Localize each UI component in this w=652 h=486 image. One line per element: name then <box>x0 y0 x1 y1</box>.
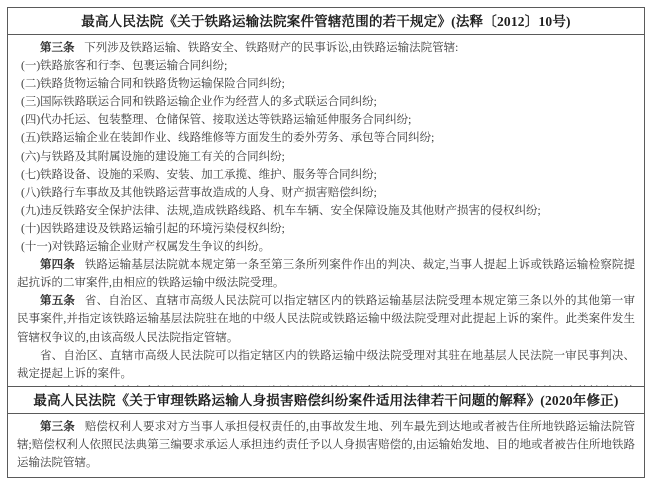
regulation-body-2: 第三条赔偿权利人要求对方当事人承担侵权责任的,由事故发生地、列车最先到达地或者被… <box>8 414 644 477</box>
list-item: (二)铁路货物运输合同和铁路货物运输保险合同纠纷; <box>17 75 635 93</box>
list-item-text: (十一)对铁路运输企业财产权属发生争议的纠纷。 <box>21 241 270 253</box>
article-text: 省、自治区、直辖市高级人民法院可以指定辖区内的铁路运输中级法院受理对其驻在地基层… <box>17 350 635 380</box>
list-item: (三)国际铁路联运合同和铁路运输企业作为经营人的多式联运合同纠纷; <box>17 93 635 111</box>
article-number: 第四条 <box>40 259 75 271</box>
list-item: (七)铁路设备、设施的采购、安装、加工承揽、维护、服务等合同纠纷; <box>17 166 635 184</box>
article-text: 省、自治区、直辖市高级人民法院可以指定辖区内的铁路运输基层法院受理本规定第三条以… <box>17 295 635 343</box>
list-item: (一)铁路旅客和行李、包裹运输合同纠纷; <box>17 57 635 75</box>
list-item-text: (八)铁路行车事故及其他铁路运营事故造成的人身、财产损害赔偿纠纷; <box>21 187 377 199</box>
list-item: (四)代办托运、包装整理、仓储保管、接取送达等铁路运输延伸服务合同纠纷; <box>17 111 635 129</box>
list-item-text: (四)代办托运、包装整理、仓储保管、接取送达等铁路运输延伸服务合同纠纷; <box>21 114 411 126</box>
list-item: (六)与铁路及其附属设施的建设施工有关的合同纠纷; <box>17 148 635 166</box>
article-number: 第三条 <box>40 42 75 54</box>
list-item-text: (七)铁路设备、设施的采购、安装、加工承揽、维护、服务等合同纠纷; <box>21 169 377 181</box>
list-item-text: (三)国际铁路联运合同和铁路运输企业作为经营人的多式联运合同纠纷; <box>21 96 377 108</box>
article-paragraph: 省、自治区、直辖市高级人民法院可以指定辖区内的铁路运输中级法院受理对其驻在地基层… <box>17 347 635 383</box>
article-paragraph: 第三条赔偿权利人要求对方当事人承担侵权责任的,由事故发生地、列车最先到达地或者被… <box>17 418 635 472</box>
article-paragraph: 第四条铁路运输基层法院就本规定第一条至第三条所列案件作出的判决、裁定,当事人提起… <box>17 256 635 292</box>
list-item-text: (二)铁路货物运输合同和铁路货物运输保险合同纠纷; <box>21 78 285 90</box>
list-item: (五)铁路运输企业在装卸作业、线路维修等方面发生的委外劳务、承包等合同纠纷; <box>17 129 635 147</box>
document-frame: 最高人民法院《关于铁路运输法院案件管辖范围的若干规定》(法释〔2012〕10号)… <box>7 7 645 478</box>
list-item: (十一)对铁路运输企业财产权属发生争议的纠纷。 <box>17 238 635 256</box>
article-paragraph: 第三条下列涉及铁路运输、铁路安全、铁路财产的民事诉讼,由铁路运输法院管辖: <box>17 39 635 57</box>
article-text: 下列涉及铁路运输、铁路安全、铁路财产的民事诉讼,由铁路运输法院管辖: <box>84 42 458 54</box>
regulation-title-1: 最高人民法院《关于铁路运输法院案件管辖范围的若干规定》(法释〔2012〕10号) <box>8 8 644 35</box>
list-item: (十)因铁路建设及铁路运输引起的环境污染侵权纠纷; <box>17 220 635 238</box>
list-item-text: (九)违反铁路安全保护法律、法规,造成铁路线路、机车车辆、安全保障设施及其他财产… <box>21 205 541 217</box>
list-item: (八)铁路行车事故及其他铁路运营事故造成的人身、财产损害赔偿纠纷; <box>17 184 635 202</box>
article-number: 第五条 <box>40 295 75 307</box>
regulation-title-2: 最高人民法院《关于审理铁路运输人身损害赔偿纠纷案件适用法律若干问题的解释》(20… <box>8 386 644 414</box>
article-text: 铁路运输基层法院就本规定第一条至第三条所列案件作出的判决、裁定,当事人提起上诉或… <box>17 259 635 289</box>
list-item: (九)违反铁路安全保护法律、法规,造成铁路线路、机车车辆、安全保障设施及其他财产… <box>17 202 635 220</box>
article-text: 赔偿权利人要求对方当事人承担侵权责任的,由事故发生地、列车最先到达地或者被告住所… <box>17 421 635 469</box>
article-number: 第三条 <box>40 421 75 433</box>
list-item-text: (五)铁路运输企业在装卸作业、线路维修等方面发生的委外劳务、承包等合同纠纷; <box>21 132 434 144</box>
list-item-text: (一)铁路旅客和行李、包裹运输合同纠纷; <box>21 60 227 72</box>
regulation-body-1: 第三条下列涉及铁路运输、铁路安全、铁路财产的民事诉讼,由铁路运输法院管辖: (一… <box>8 35 644 386</box>
document-page: 最高人民法院《关于铁路运输法院案件管辖范围的若干规定》(法释〔2012〕10号)… <box>0 0 652 486</box>
article-paragraph: 第五条省、自治区、直辖市高级人民法院可以指定辖区内的铁路运输基层法院受理本规定第… <box>17 292 635 346</box>
list-item-text: (十)因铁路建设及铁路运输引起的环境污染侵权纠纷; <box>21 223 285 235</box>
list-item-text: (六)与铁路及其附属设施的建设施工有关的合同纠纷; <box>21 151 285 163</box>
